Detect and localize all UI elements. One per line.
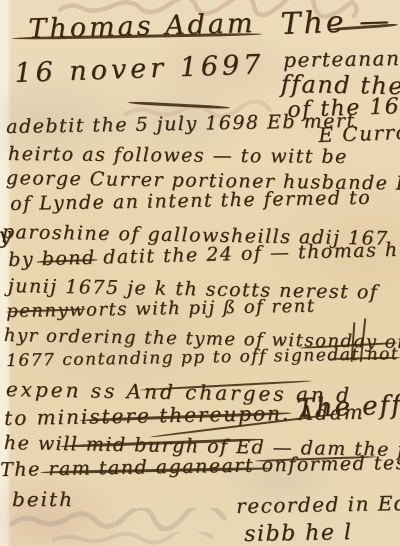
side-note: sibb he l — [244, 522, 353, 546]
side-note: E Curro — [318, 122, 400, 145]
margin-mark: y — [0, 225, 13, 248]
manuscript-line: beith — [12, 489, 74, 509]
side-note: perteanand — [283, 48, 400, 70]
side-note: The — — [280, 6, 393, 40]
bleedthrough-ghost-bottom2 — [50, 532, 230, 546]
manuscript-page: Thomas Adam 16 nover 1697 adebtit the 5 … — [0, 0, 400, 546]
side-note: of the 1677 — [287, 95, 400, 122]
manuscript-line: 16 nover 1697 — [14, 51, 265, 87]
manuscript-line: of Lynde an intent the fermed to — [10, 189, 371, 214]
side-note: recorded in Ed — [236, 493, 400, 516]
bleedthrough-ghost-bottom1 — [8, 508, 238, 538]
underline-1697 — [128, 101, 230, 109]
manuscript-line: heirto as followes — to witt be — [8, 145, 348, 167]
manuscript-line: by bond datit the 24 of — thomas h — [8, 241, 399, 270]
